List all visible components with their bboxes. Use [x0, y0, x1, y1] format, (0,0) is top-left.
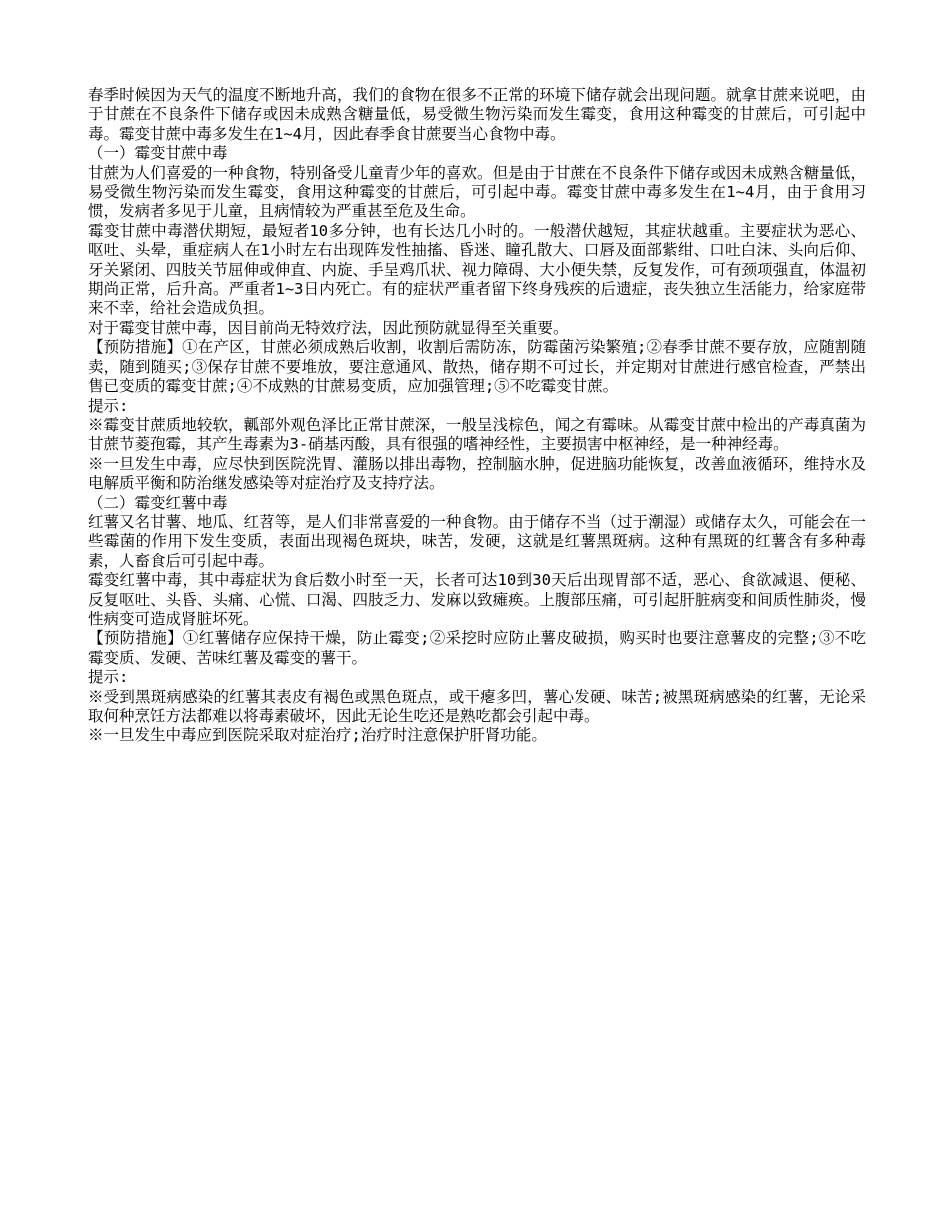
section-2-tip-1: ※受到黑斑病感染的红薯其表皮有褐色或黑色斑点，或干瘪多凹，薯心发硬、味苦;被黑斑… [88, 688, 866, 727]
section-1-tips-label: 提示: [88, 397, 866, 416]
document-body: 春季时候因为天气的温度不断地升高，我们的食物在很多不正常的环境下储存就会出现问题… [88, 86, 866, 746]
section-1-tip-1: ※霉变甘蔗质地较软，瓤部外观色泽比正常甘蔗深，一般呈浅棕色，闻之有霉味。从霉变甘… [88, 416, 866, 455]
section-1-note: 对于霉变甘蔗中毒，因目前尚无特效疗法，因此预防就显得至关重要。 [88, 319, 866, 338]
section-2-tip-2: ※一旦发生中毒应到医院采取对症治疗;治疗时注意保护肝肾功能。 [88, 726, 866, 745]
section-2-heading: （二）霉变红薯中毒 [88, 494, 866, 513]
section-1-prevention: 【预防措施】①在产区，甘蔗必须成熟后收割，收割后需防冻，防霉菌污染繁殖;②春季甘… [88, 338, 866, 396]
section-2-prevention: 【预防措施】①红薯储存应保持干燥，防止霉变;②采挖时应防止薯皮破损，购买时也要注… [88, 629, 866, 668]
section-1-paragraph: 甘蔗为人们喜爱的一种食物，特别备受儿童青少年的喜欢。但是由于甘蔗在不良条件下储存… [88, 164, 866, 222]
section-1-heading: （一）霉变甘蔗中毒 [88, 144, 866, 163]
section-1-tip-2: ※一旦发生中毒，应尽快到医院洗胃、灌肠以排出毒物，控制脑水肿，促进脑功能恢复，改… [88, 455, 866, 494]
intro-paragraph: 春季时候因为天气的温度不断地升高，我们的食物在很多不正常的环境下储存就会出现问题… [88, 86, 866, 144]
section-2-paragraph: 红薯又名甘薯、地瓜、红苕等，是人们非常喜爱的一种食物。由于储存不当（过于潮湿）或… [88, 513, 866, 571]
document-page: { "page": { "background": "#ffffff", "te… [0, 0, 950, 1230]
section-2-symptoms: 霉变红薯中毒，其中毒症状为食后数小时至一天，长者可达10到30天后出现胃部不适，… [88, 571, 866, 629]
section-2-tips-label: 提示: [88, 668, 866, 687]
section-1-symptoms: 霉变甘蔗中毒潜伏期短，最短者10多分钟，也有长达几小时的。一般潜伏越短，其症状越… [88, 222, 866, 319]
